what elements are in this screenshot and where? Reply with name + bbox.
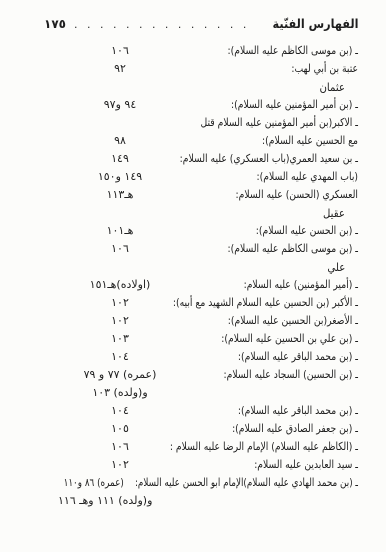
index-row: ـ (بن علي بن الحسين عليه السلام):١٠٣ [58, 330, 358, 348]
entry-page-number: و(ولده) ١١١ وهـ ١١٦ [58, 492, 182, 510]
index-row: ـ (بن أمير المؤمنين عليه السلام):٩٤ و٩٧ [58, 96, 358, 114]
folio-number: ١٧٥ [44, 17, 66, 31]
index-row: مع الحسين عليه السلام):٩٨ [58, 132, 358, 150]
entry-page-number: ١٠٤ [58, 348, 182, 366]
entry-text: ـ (أمير المؤمنين) عليه السلام: [210, 276, 358, 294]
page-title: الفهارس الفنّية [272, 16, 358, 31]
book-page: الفهارس الفنّية . . . . . . . . . . . . … [0, 0, 386, 552]
entry-text: ـ (بن محمد الباقر عليه السلام): [210, 402, 358, 420]
entry-page-number: ١٠٣ [58, 330, 182, 348]
entry-text: ـ (الكاظم عليه السلام) الإمام الرضا عليه… [210, 438, 358, 456]
entry-page-number: ١٠٢ [58, 456, 182, 474]
index-heading: عثمان [58, 78, 358, 96]
page-header: الفهارس الفنّية . . . . . . . . . . . . … [0, 16, 358, 36]
entry-text: ـ بن سعيد العمري(باب العسكري) عليه السلا… [210, 150, 358, 168]
index-row: ـ (بن محمد الباقر عليه السلام):١٠٤ [58, 402, 358, 420]
index-row: ـ الأكبر (بن الحسين عليه السلام الشهيد م… [58, 294, 358, 312]
index-row: ـ (بن الحسن عليه السلام):هـ١٠١ [58, 222, 358, 240]
entry-text: ـ الأكبر (بن الحسين عليه السلام الشهيد م… [210, 294, 358, 312]
entry-page-number: ١٤٩ [58, 150, 182, 168]
entry-text: عتبة بن أبي لهب: [210, 60, 358, 78]
entry-page-number: ١٠٦ [58, 438, 182, 456]
heading-text: عقيل [323, 204, 345, 222]
dot-leader: . . . . . . . . . . . . . . . . . . . . … [74, 18, 253, 31]
entry-page-number: ١٠٥ [58, 420, 182, 438]
entry-text: العسكري (الحسن) عليه السلام: [210, 186, 358, 204]
entry-text: ـ (بن علي بن الحسين عليه السلام): [210, 330, 358, 348]
index-row: ـ الاكبر(بن أمير المؤمنين عليه السلام قت… [58, 114, 358, 132]
entry-page-number: ٩٤ و٩٧ [58, 96, 182, 114]
entry-page-number: (عمره) ٨٦ و١١٠ [64, 474, 124, 492]
index-row: (باب المهدي عليه السلام):١٤٩ و١٥٠ [58, 168, 358, 186]
entry-text: ـ الاكبر(بن أمير المؤمنين عليه السلام قت… [210, 114, 358, 132]
index-row: و(ولده) ١٠٣ [58, 384, 358, 402]
entry-page-number: (عمره) ٧٧ و ٧٩ [58, 366, 182, 384]
index-row: ـ (بن محمد الهادي عليه السلام)الإمام ابو… [118, 474, 358, 492]
index-row: ـ (بن موسى الكاظم عليه السلام):١٠٦ [58, 42, 358, 60]
index-row: ـ بن سعيد العمري(باب العسكري) عليه السلا… [58, 150, 358, 168]
index-row: ـ الأصغر(بن الحسين عليه السلام):١٠٢ [58, 312, 358, 330]
index-row: ـ (بن الحسين) السجاد عليه السلام:(عمره) … [58, 366, 358, 384]
index-row: ـ (أمير المؤمنين) عليه السلام:(اولاده)هـ… [58, 276, 358, 294]
entry-text: (باب المهدي عليه السلام): [210, 168, 358, 186]
entry-page-number: (اولاده)هـ١٥١ [58, 276, 182, 294]
entry-text: مع الحسين عليه السلام): [210, 132, 358, 150]
entry-page-number: هـ١١٣ [58, 186, 182, 204]
index-row: ـ (بن جعفر الصادق عليه السلام):١٠٥ [58, 420, 358, 438]
entry-text: ـ (بن الحسين) السجاد عليه السلام: [210, 366, 358, 384]
index-heading: عقيل [58, 204, 358, 222]
entry-text: ـ (بن جعفر الصادق عليه السلام): [210, 420, 358, 438]
entry-text: ـ (بن أمير المؤمنين عليه السلام): [210, 96, 358, 114]
index-row: ـ (الكاظم عليه السلام) الإمام الرضا عليه… [58, 438, 358, 456]
entry-text: ـ (بن محمد الهادي عليه السلام)الإمام ابو… [135, 474, 358, 492]
entry-page-number: هـ١٠١ [58, 222, 182, 240]
entry-page-number: ٩٨ [58, 132, 182, 150]
entry-text: ـ سيد العابدين عليه السلام: [210, 456, 358, 474]
entry-text: ـ (بن موسى الكاظم عليه السلام): [210, 42, 358, 60]
heading-text: عثمان [320, 78, 345, 96]
index-row: ـ سيد العابدين عليه السلام:١٠٢ [58, 456, 358, 474]
entry-text: ـ (بن موسى الكاظم عليه السلام): [210, 240, 358, 258]
entry-page-number: ١٠٢ [58, 312, 182, 330]
entry-text: ـ (بن محمد الباقر عليه السلام): [210, 348, 358, 366]
entry-page-number: ١٠٢ [58, 294, 182, 312]
entry-page-number: ١٠٦ [58, 42, 182, 60]
index-row: ـ (بن محمد الباقر عليه السلام):١٠٤ [58, 348, 358, 366]
entry-text: ـ (بن الحسن عليه السلام): [210, 222, 358, 240]
entry-page-number: ١٠٤ [58, 402, 182, 420]
entry-page-number: ٩٢ [58, 60, 182, 78]
entry-page-number: ١٠٦ [58, 240, 182, 258]
index-row: و(ولده) ١١١ وهـ ١١٦ [58, 492, 358, 510]
index-heading: علي [58, 258, 358, 276]
entry-text: ـ الأصغر(بن الحسين عليه السلام): [210, 312, 358, 330]
index-row: عتبة بن أبي لهب:٩٢ [58, 60, 358, 78]
heading-text: علي [327, 258, 345, 276]
index-row: العسكري (الحسن) عليه السلام:هـ١١٣ [58, 186, 358, 204]
entry-page-number: ١٤٩ و١٥٠ [58, 168, 182, 186]
index-entry-list: ـ (بن موسى الكاظم عليه السلام):١٠٦عتبة ب… [0, 42, 358, 510]
index-row: ـ (بن موسى الكاظم عليه السلام):١٠٦ [58, 240, 358, 258]
entry-page-number: و(ولده) ١٠٣ [58, 384, 182, 402]
